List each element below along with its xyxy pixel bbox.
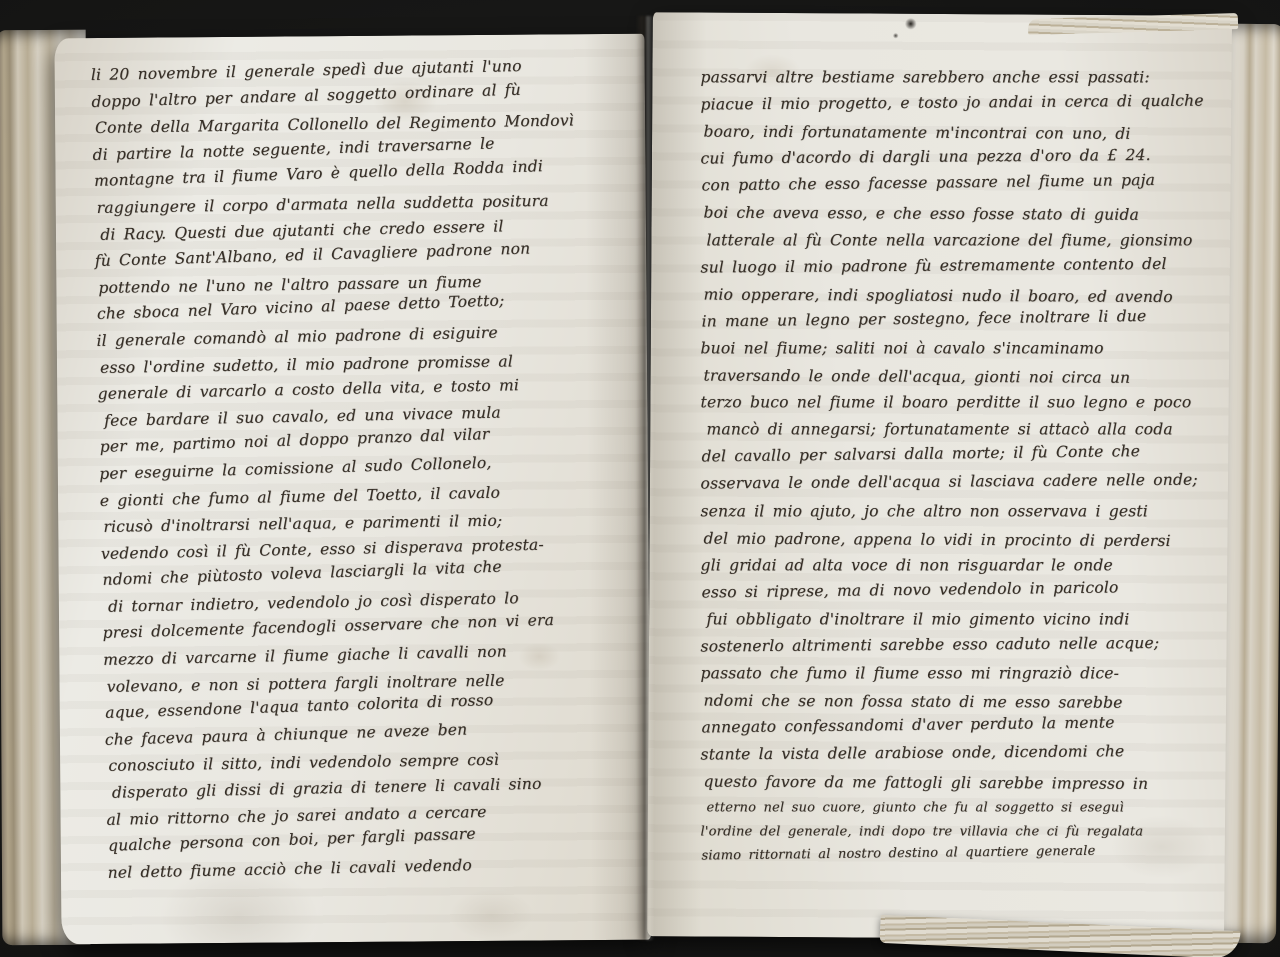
right-page-handwritten-text: passarvi altre bestiame sarebbero anche … [701,65,1204,869]
manuscript-line: traversando le onde dell'acqua, gionti n… [703,363,1206,393]
manuscript-line: esso si riprese, ma di novo vedendolo in… [701,573,1205,606]
manuscript-line: del mio padrone, appena lo vidi in proci… [703,525,1206,555]
manuscript-line: con patto che esso facesse passare nel f… [701,167,1205,200]
manuscript-line: in mane un legno per sostegno, fece inol… [701,302,1205,335]
manuscript-line: latterale al fù Conte nella varcazione d… [707,227,1210,254]
manuscript-line: terzo buco nel fiume il boaro perditte i… [701,390,1204,417]
right-page-edges-stack [1224,24,1280,943]
manuscript-line: sul luogo il mio padrone fù estremamente… [700,250,1203,281]
right-page: passarvi altre bestiame sarebbero anche … [647,12,1237,940]
manuscript-line: buoi nel fiume; saliti noi à cavalo s'in… [701,335,1204,362]
manuscript-line: passato che fumo il fiume esso mi ringra… [701,661,1204,688]
open-book: li 20 novembre il generale spedì due aju… [0,0,1280,957]
manuscript-line: senza il mio ajuto, jo che altro non oss… [701,498,1204,525]
manuscript-line: questo favore da me fattogli gli sarebbe… [703,769,1206,799]
manuscript-line: osservava le onde dell'acqua si lasciava… [700,467,1203,498]
left-page-handwritten-text: li 20 novembre il generale spedì due aju… [91,52,587,886]
manuscript-line: piacue il mio progetto, e tosto jo andai… [700,88,1203,119]
manuscript-line: sostenerlo altrimenti sarebbe esso cadut… [700,630,1203,661]
left-page: li 20 novembre il generale spedì due aju… [54,34,651,945]
manuscript-line: stante la vista delle arabiose onde, dic… [700,738,1203,769]
manuscript-line: boi che aveva esso, e che esso fosse sta… [703,200,1206,230]
manuscript-line: etterno nel suo cuore, giunto che fu al … [707,796,1210,820]
manuscript-photo: li 20 novembre il generale spedì due aju… [0,0,1280,957]
manuscript-line: annegato confessandomi d'aver perduto la… [701,709,1205,742]
manuscript-line: del cavallo per salvarsi dalla morte; il… [701,438,1205,471]
